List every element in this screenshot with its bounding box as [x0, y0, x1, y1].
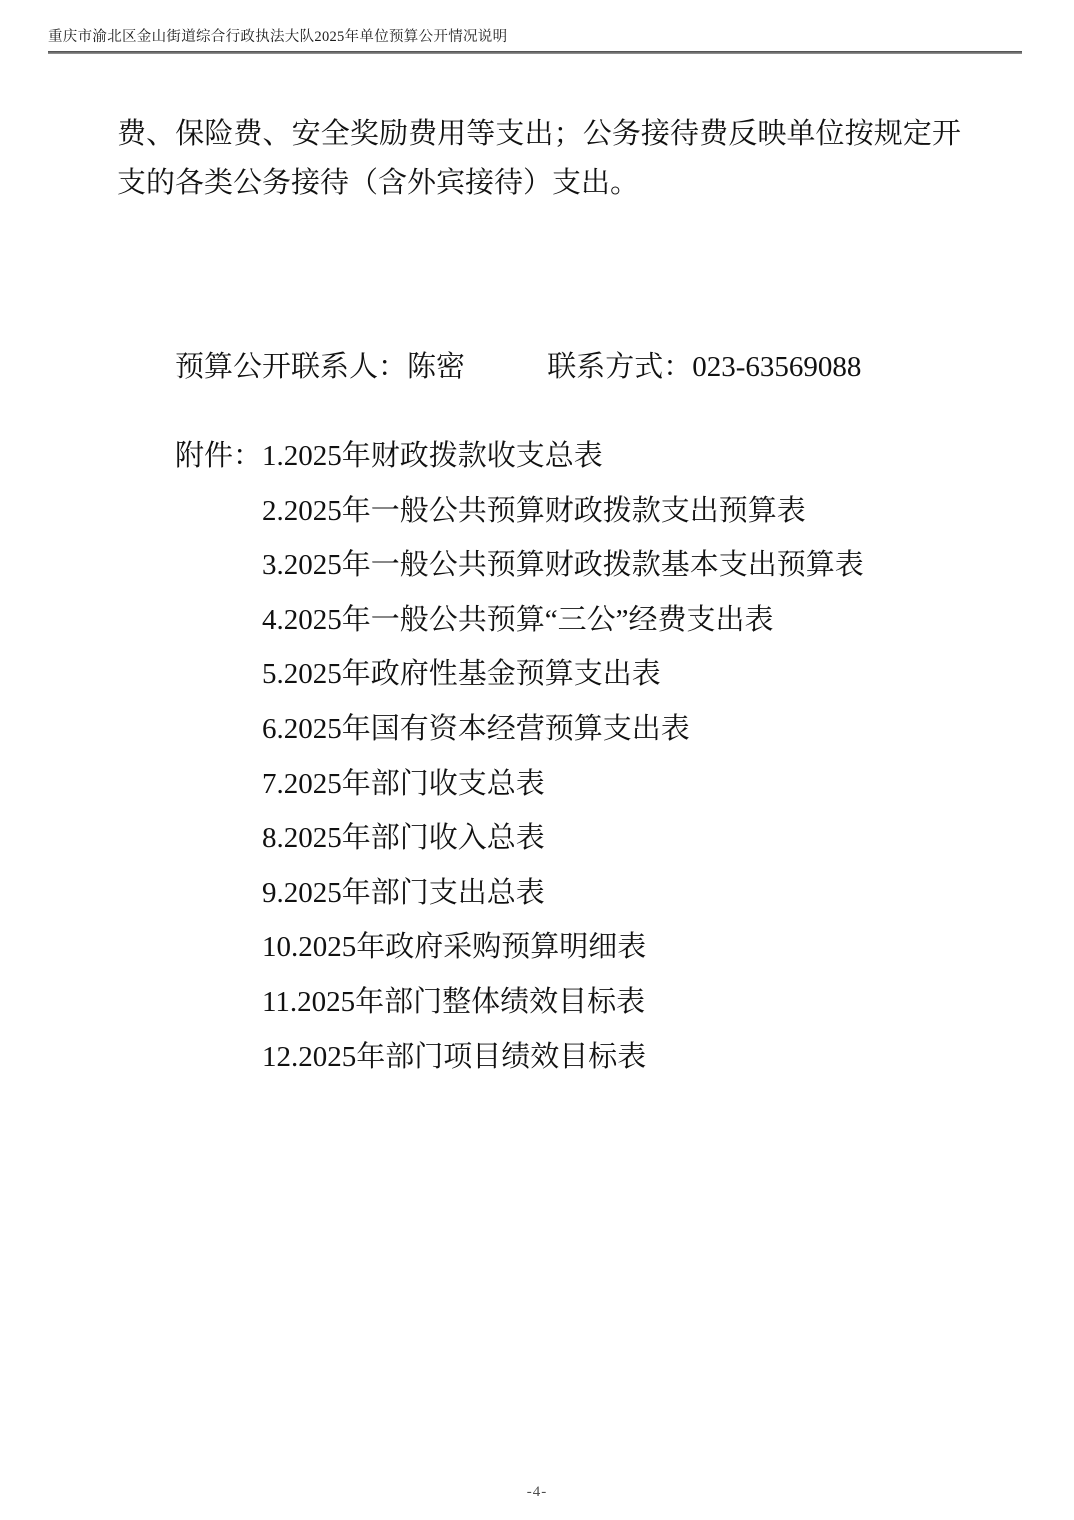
- attachment-item-7: 7.2025年部门收支总表: [117, 757, 864, 812]
- attachment-item-2: 2.2025年一般公共预算财政拨款支出预算表: [117, 484, 864, 539]
- contact-phone: 联系方式：023-63569088: [547, 351, 861, 383]
- attachment-item-10: 10.2025年政府采购预算明细表: [117, 920, 864, 975]
- page-number: -4-: [0, 1484, 1074, 1501]
- attachments-label: 附件：: [175, 440, 262, 472]
- attachment-item-9: 9.2025年部门支出总表: [117, 866, 864, 921]
- document-page: 重庆市渝北区金山街道综合行政执法大队2025年单位预算公开情况说明 费、保险费、…: [0, 0, 1074, 1520]
- attachment-item-12: 12.2025年部门项目绩效目标表: [117, 1030, 864, 1085]
- attachment-item-6: 6.2025年国有资本经营预算支出表: [117, 702, 864, 757]
- contact-line: 预算公开联系人：陈密 联系方式：023-63569088: [175, 343, 861, 392]
- attachment-item-3: 3.2025年一般公共预算财政拨款基本支出预算表: [117, 538, 864, 593]
- attachment-item-4: 4.2025年一般公共预算“三公”经费支出表: [117, 593, 864, 648]
- attachment-row: 附件：1.2025年财政拨款收支总表: [117, 429, 864, 484]
- contact-person: 预算公开联系人：陈密: [175, 351, 465, 383]
- attachment-item-8: 8.2025年部门收入总表: [117, 811, 864, 866]
- header-divider-rule: [48, 51, 1022, 54]
- body-paragraph: 费、保险费、安全奖励费用等支出；公务接待费反映单位按规定开支的各类公务接待（含外…: [117, 110, 961, 208]
- attachment-item-5: 5.2025年政府性基金预算支出表: [117, 647, 864, 702]
- document-header-title: 重庆市渝北区金山街道综合行政执法大队2025年单位预算公开情况说明: [48, 28, 507, 46]
- attachments-list: 附件：1.2025年财政拨款收支总表 2.2025年一般公共预算财政拨款支出预算…: [117, 429, 864, 1084]
- attachment-item-1: 1.2025年财政拨款收支总表: [262, 440, 603, 472]
- attachment-item-11: 11.2025年部门整体绩效目标表: [117, 975, 864, 1030]
